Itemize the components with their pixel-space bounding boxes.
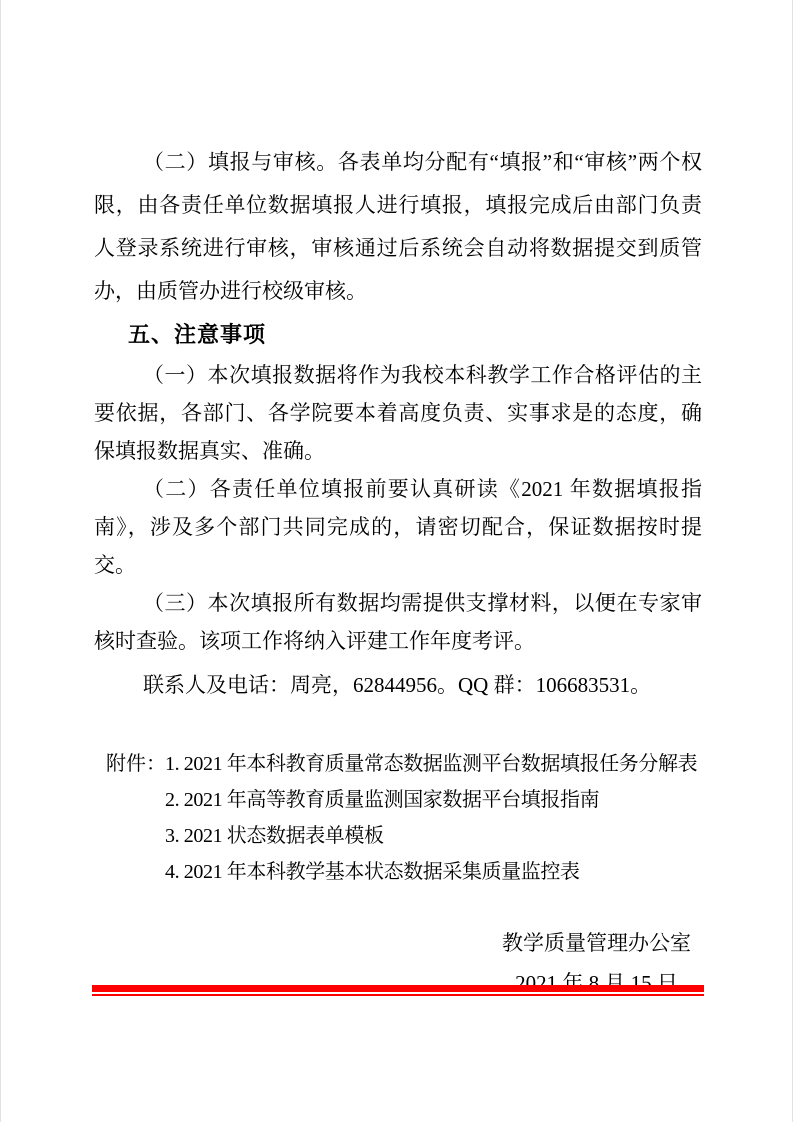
attachments-label: 附件： (106, 746, 166, 782)
signature-date: 2021 年 8 月 15 日 (491, 963, 702, 1003)
attachments-list: 附件： 1. 2021 年本科教育质量常态数据监测平台数据填报任务分解表 2. … (94, 746, 702, 890)
signature-org: 教学质量管理办公室 (491, 923, 702, 963)
paragraph-note-3: （三）本次填报所有数据均需提供支撑材料，以便在专家审核时查验。该项工作将纳入评建… (94, 584, 702, 660)
attachment-item-2: 2. 2021 年高等教育质量监测国家数据平台填报指南 (94, 782, 702, 818)
document-content: （二）填报与审核。各表单均分配有“填报”和“审核”两个权限，由各责任单位数据填报… (94, 0, 702, 1003)
paragraph-filing-review: （二）填报与审核。各表单均分配有“填报”和“审核”两个权限，由各责任单位数据填报… (94, 141, 702, 313)
attachment-item-1: 1. 2021 年本科教育质量常态数据监测平台数据填报任务分解表 (94, 746, 702, 782)
attachment-item-3: 3. 2021 状态数据表单模板 (94, 818, 702, 854)
document-page: （二）填报与审核。各表单均分配有“填报”和“审核”两个权限，由各责任单位数据填报… (0, 0, 793, 1122)
footer-red-divider-thick-line (92, 985, 704, 992)
footer-red-divider-thin-line (92, 994, 704, 996)
paragraph-note-2: （二）各责任单位填报前要认真研读《2021 年数据填报指南》，涉及多个部门共同完… (94, 470, 702, 584)
contact-line: 联系人及电话：周亮，62844956。QQ 群：106683531。 (94, 666, 702, 704)
section-heading-notes: 五、注意事项 (94, 313, 702, 356)
attachment-item-4: 4. 2021 年本科教学基本状态数据采集质量监控表 (94, 854, 702, 890)
footer-red-divider (92, 985, 704, 996)
paragraph-note-1: （一）本次填报数据将作为我校本科教学工作合格评估的主要依据，各部门、各学院要本着… (94, 356, 702, 470)
